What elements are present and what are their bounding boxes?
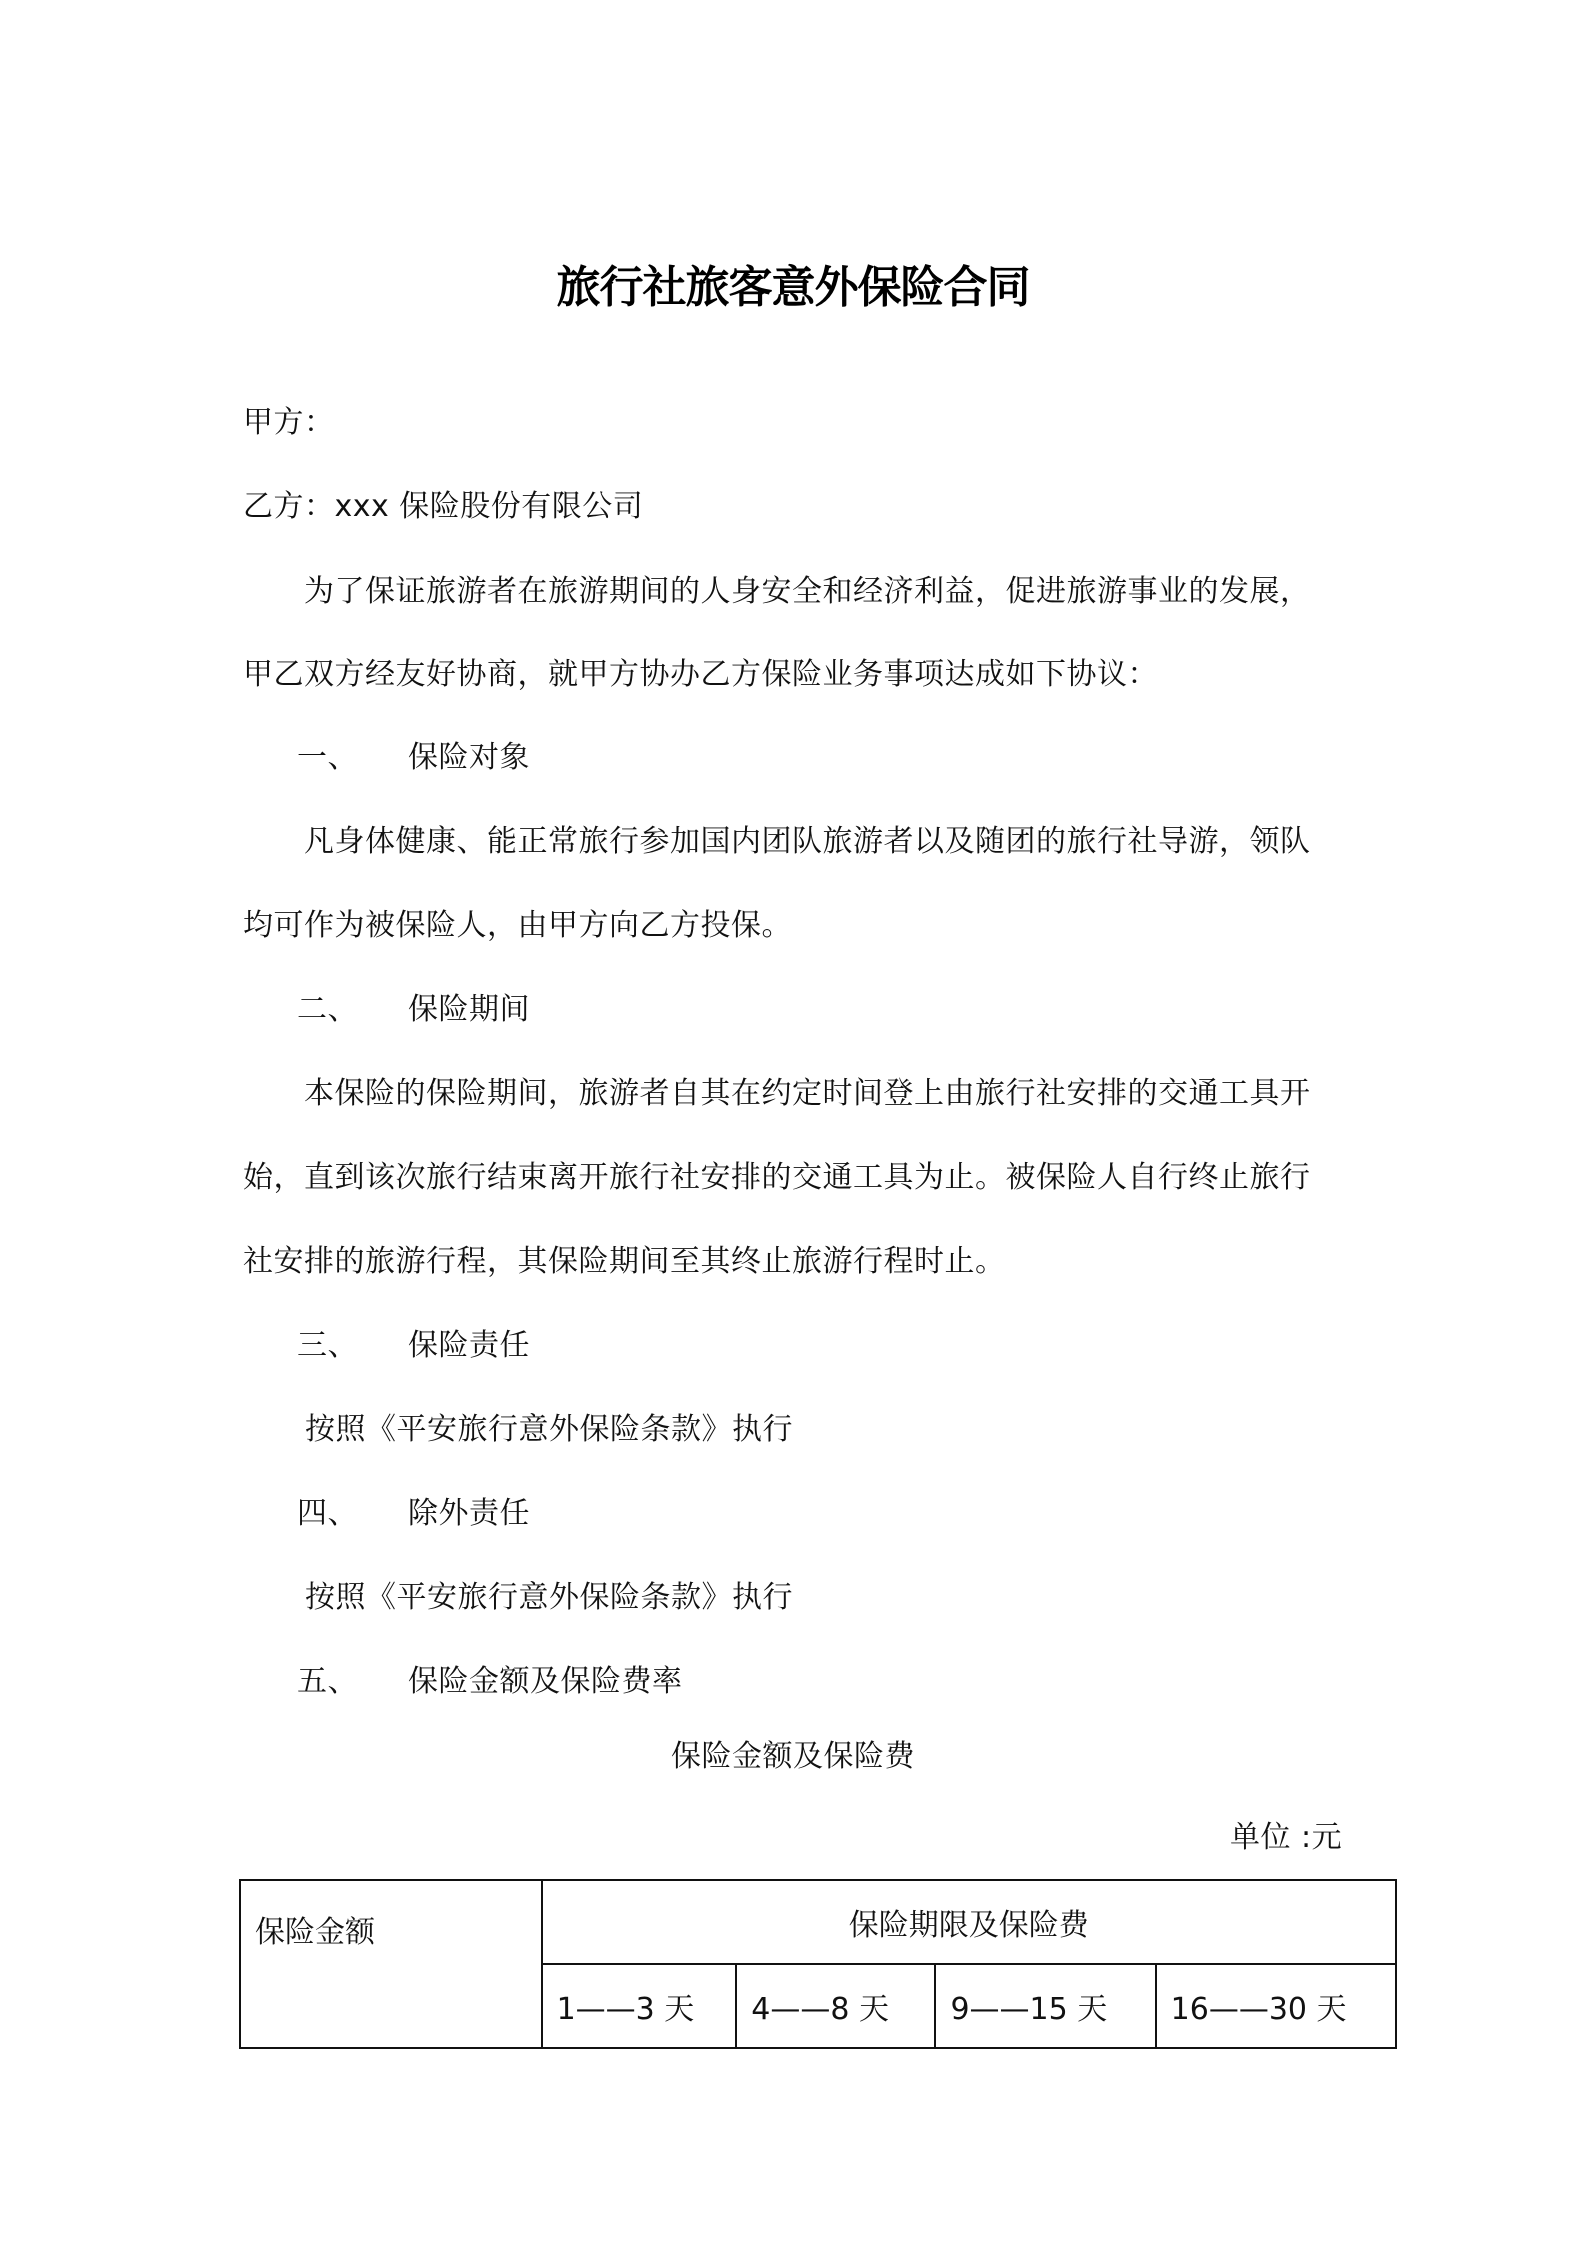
section-1-title: 保险对象 bbox=[408, 743, 530, 773]
section-4-line-1: 按照《平安旅行意外保险条款》执行 bbox=[305, 1583, 793, 1613]
table-caption: 保险金额及保险费 bbox=[0, 1742, 1586, 1772]
section-5-number: 五、 bbox=[297, 1667, 358, 1697]
section-2-line-3: 社安排的旅游行程，其保险期间至其终止旅游行程时止。 bbox=[243, 1247, 1006, 1277]
party-a-label: 甲方： bbox=[243, 408, 335, 438]
party-b-label: 乙方：xxx 保险股份有限公司 bbox=[243, 492, 643, 522]
document-title: 旅行社旅客意外保险合同 bbox=[0, 266, 1586, 310]
preamble-line-2: 甲乙双方经友好协商，就甲方协办乙方保险业务事项达成如下协议： bbox=[243, 660, 1158, 690]
section-5-title: 保险金额及保险费率 bbox=[408, 1667, 683, 1697]
duration-cell: 1——3 天 bbox=[542, 1964, 737, 2048]
section-4-title: 除外责任 bbox=[408, 1499, 530, 1529]
section-2-line-1: 本保险的保险期间，旅游者自其在约定时间登上由旅行社安排的交通工具开 bbox=[304, 1079, 1311, 1109]
table-header-row: 保险金额 保险期限及保险费 bbox=[240, 1880, 1396, 1964]
duration-cell: 9——15 天 bbox=[935, 1964, 1155, 2048]
section-4-number: 四、 bbox=[297, 1499, 358, 1529]
section-3-line-1: 按照《平安旅行意外保险条款》执行 bbox=[305, 1415, 793, 1445]
section-1-line-1: 凡身体健康、能正常旅行参加国内团队旅游者以及随团的旅行社导游，领队 bbox=[304, 827, 1311, 857]
unit-label: 单位 :元 bbox=[1230, 1823, 1342, 1853]
section-1-line-2: 均可作为被保险人，由甲方向乙方投保。 bbox=[243, 911, 792, 941]
section-3-number: 三、 bbox=[297, 1331, 358, 1361]
period-header-cell: 保险期限及保险费 bbox=[542, 1880, 1396, 1964]
premium-table: 保险金额 保险期限及保险费 1——3 天 4——8 天 9——15 天 16——… bbox=[239, 1879, 1397, 2049]
amount-header-cell: 保险金额 bbox=[240, 1880, 542, 2048]
section-2-line-2: 始，直到该次旅行结束离开旅行社安排的交通工具为止。被保险人自行终止旅行 bbox=[243, 1163, 1311, 1193]
section-1-number: 一、 bbox=[297, 743, 358, 773]
duration-cell: 4——8 天 bbox=[736, 1964, 935, 2048]
preamble-line-1: 为了保证旅游者在旅游期间的人身安全和经济利益，促进旅游事业的发展， bbox=[304, 577, 1311, 607]
section-2-title: 保险期间 bbox=[408, 995, 530, 1025]
duration-cell: 16——30 天 bbox=[1156, 1964, 1396, 2048]
section-3-title: 保险责任 bbox=[408, 1331, 530, 1361]
section-2-number: 二、 bbox=[297, 995, 358, 1025]
